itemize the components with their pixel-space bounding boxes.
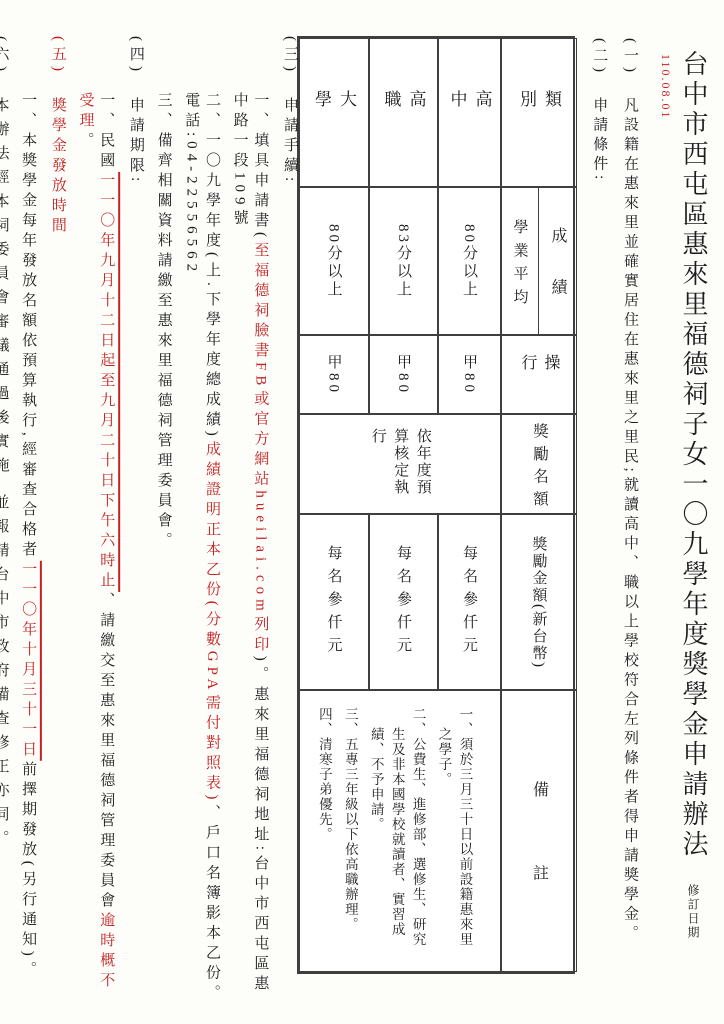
note-item: 三、五專三年級以下依高職辦理。 xyxy=(339,707,360,961)
notes-list: 一、須於三月三十日以前設籍惠來里之學子。 二、公費生、進修部、選修生、研究生及非… xyxy=(308,707,474,961)
note-item: 一、須於三月三十日以前設籍惠來里之學子。 xyxy=(433,707,475,961)
item-3-sub-3: 三、備齊相關資料請繳至惠來里福德祠管理委員會。 xyxy=(153,36,174,1005)
header-notes: 備註 xyxy=(501,690,577,972)
header-grade-main: 成績 xyxy=(539,188,576,334)
red-payout-date: 一一〇年十月三十一日 xyxy=(20,561,36,761)
item-2-text: 申請條件: xyxy=(591,85,607,184)
header-amount: 獎勵金額(新台幣) xyxy=(501,514,577,690)
item-1-number: (一) xyxy=(622,38,638,77)
item-3-number: (三) xyxy=(282,36,298,76)
header-conduct: 操行 xyxy=(501,335,577,414)
procedures-section: (三) 申請手續: 一、填具申請書(至福德祠臉書FB或官方網站hueilai.c… xyxy=(70,36,300,1005)
item-2-number: (二) xyxy=(591,38,607,77)
red-transcript-note: 成績證明正本乙份(分數GPA需付對照表) xyxy=(204,441,220,805)
header-quota: 獎勵名額 xyxy=(501,414,577,514)
item-1-text: 凡設籍在惠來里並確實居住在惠來里之里民;就讀高中、職以上學校符合左列條件者得申請… xyxy=(622,85,638,944)
item-6-number: (六) xyxy=(0,36,8,76)
cell-highschool-conduct: 甲80 xyxy=(438,335,501,414)
cell-university-type: 大學 xyxy=(299,38,369,187)
item-3-heading: (三) 申請手續: xyxy=(279,36,300,1005)
item-5-sub-1: 一、本獎學金每年發放名額依預算執行,經審查合格者一一〇年十月三十一日前擇期發放(… xyxy=(17,36,38,1005)
note-item: 四、清寒子弟優先。 xyxy=(313,707,334,961)
intro-items: (一) 凡設籍在惠來里並確實居住在惠來里之里民;就讀高中、職以上學校符合左列條件… xyxy=(586,38,640,1016)
item-6-paragraph: (六) 本辦法經本祠委員會審議通過後實施,並報請台中市政府備查修正亦同。 xyxy=(0,36,10,1005)
intro-item-2: (二) 申請條件: xyxy=(588,38,610,1016)
header-category: 類別 xyxy=(501,38,577,187)
cell-university-amount: 每名參仟元 xyxy=(299,514,369,690)
item-6-text: 本辦法經本祠委員會審議通過後實施,並報請台中市政府備查修正亦同。 xyxy=(0,85,8,854)
cell-university-grade: 80分以上 xyxy=(299,187,369,335)
cell-highschool-amount: 每名參仟元 xyxy=(438,514,501,690)
item-4-sub-1: 一、民國一一〇年九月十二日起至九月二十日下午六時止、請繳交至惠來里福德祠管理委員… xyxy=(75,36,116,1005)
cell-vocational-type: 高職 xyxy=(369,38,438,187)
cell-notes: 一、須於三月三十日以前設籍惠來里之學子。 二、公費生、進修部、選修生、研究生及非… xyxy=(299,690,501,972)
header-grade: 學業平均 成績 xyxy=(501,187,577,335)
cell-vocational-grade: 83分以上 xyxy=(369,187,438,335)
header-grade-sub: 學業平均 xyxy=(502,188,539,334)
red-print-source: 至福德祠臉書FB或官方網站hueilai.com列印 xyxy=(252,242,268,656)
cell-highschool-type: 高中 xyxy=(438,38,501,187)
item-4-heading: (四) 申請期限: xyxy=(125,36,146,1005)
revision-date: 110.08.01 xyxy=(659,50,673,120)
cell-university-conduct: 甲80 xyxy=(299,335,369,414)
page-title: 台中市西屯區惠來里福德祠子女一〇九學年度獎學金申請辦法 xyxy=(679,50,708,860)
conditions-table: 大學 高職 高中 類別 80分以上 83分以上 80分以上 學業平均 成績 甲8… xyxy=(297,36,575,974)
item-5-title: 獎學金發放時間 xyxy=(50,85,66,237)
item-3-sub-1: 一、填具申請書(至福德祠臉書FB或官方網站hueilai.com列印)。惠來里福… xyxy=(229,36,270,1005)
cell-highschool-grade: 80分以上 xyxy=(438,187,501,335)
note-item: 二、公費生、進修部、選修生、研究生及非本國學校就讀者、實習成績、不予申請。 xyxy=(365,707,428,961)
cell-vocational-amount: 每名參仟元 xyxy=(369,514,438,690)
item-4-number: (四) xyxy=(128,36,144,76)
revision-label: 修訂日期 xyxy=(686,884,700,940)
red-deadline-period: 一一〇年九月十二日起至九月二十日下午六時止 xyxy=(98,172,114,592)
cell-vocational-conduct: 甲80 xyxy=(369,335,438,414)
item-5-number: (五) xyxy=(50,36,66,76)
item-5-heading: (五) 獎學金發放時間 xyxy=(47,36,68,1005)
item-3-title: 申請手續: xyxy=(282,85,298,186)
intro-item-1: (一) 凡設籍在惠來里並確實居住在惠來里之里民;就讀高中、職以上學校符合左列條件… xyxy=(618,38,640,1016)
item-4-title: 申請期限: xyxy=(128,85,144,186)
item-3-sub-2: 二、一〇九學年度(上.下學年度總成績)成績證明正本乙份(分數GPA需付對照表)、… xyxy=(181,36,222,1005)
cell-quota-value: 依年度預算核定執行 xyxy=(299,414,501,514)
